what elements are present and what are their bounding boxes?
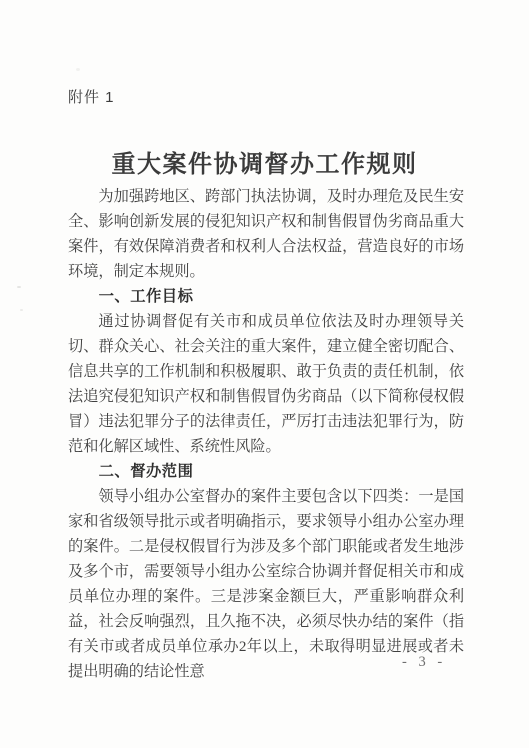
scan-speck [76,68,80,71]
page-number: - 3 - [402,654,446,671]
scan-speck [17,286,21,288]
paragraph-work-goals: 通过协调督促有关市和成员单位依法及时办理领导关切、群众关心、社会关注的重大案件，… [68,309,464,459]
paragraph-preamble: 为加强跨地区、跨部门执法协调，及时办理危及民生安全、影响创新发展的侵犯知识产权和… [68,184,464,284]
document-body: 为加强跨地区、跨部门执法协调，及时办理危及民生安全、影响创新发展的侵犯知识产权和… [68,184,464,684]
section-heading-supervision-scope: 二、督办范围 [68,459,464,484]
document-title: 重大案件协调督办工作规则 [0,144,529,179]
scan-speck [20,309,23,311]
section-heading-work-goals: 一、工作目标 [68,284,464,309]
attachment-label: 附件 1 [68,86,115,107]
scanned-document-page: 附件 1 重大案件协调督办工作规则 为加强跨地区、跨部门执法协调，及时办理危及民… [0,0,529,748]
